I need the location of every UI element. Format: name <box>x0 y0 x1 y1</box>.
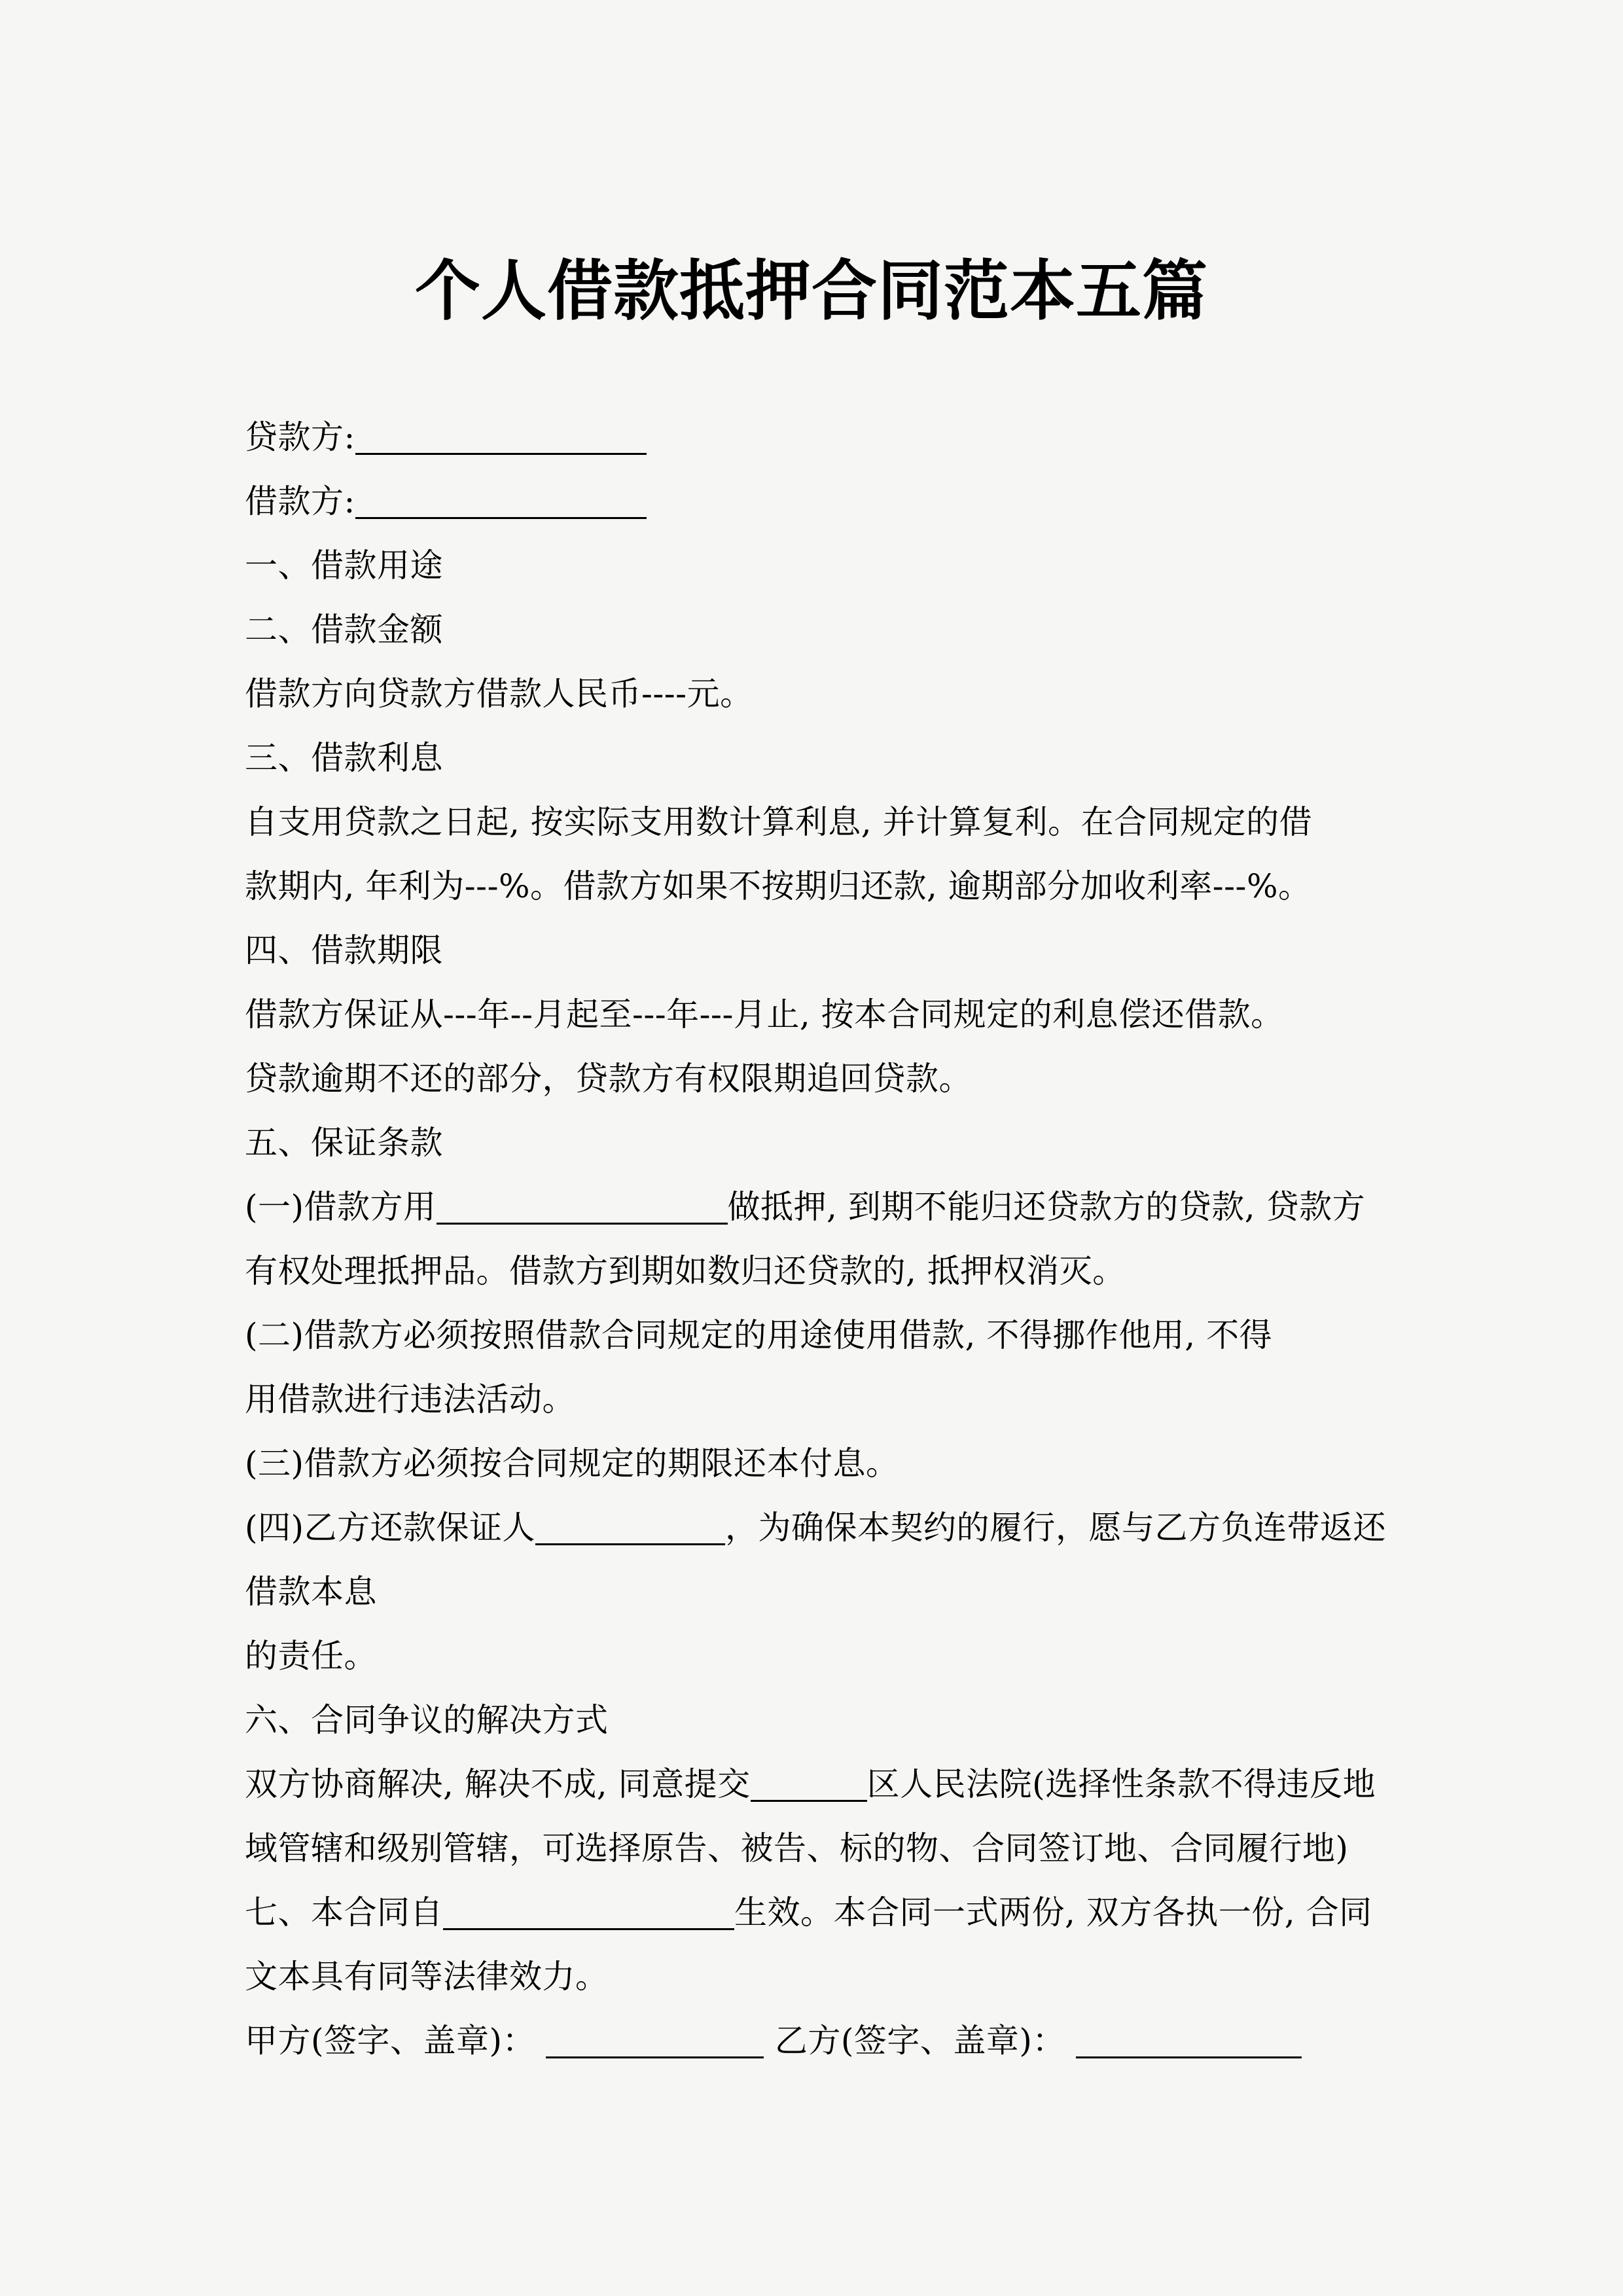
text-run: 借款本息 <box>245 1573 377 1611</box>
document-line: 借款方: <box>245 469 1427 533</box>
document-line: 的责任。 <box>245 1624 1427 1688</box>
fill-in-blank <box>535 1542 725 1545</box>
document-line: 三、借款利息 <box>245 726 1427 790</box>
fill-in-blank <box>355 516 647 519</box>
text-run: 二、借款金额 <box>245 611 443 649</box>
text-run: 借款方: <box>245 482 355 520</box>
text-run: 七、本合同自 <box>245 1893 443 1931</box>
document-line: 七、本合同自生效。本合同一式两份, 双方各执一份, 合同 <box>245 1880 1427 1945</box>
fill-in-blank <box>546 2055 764 2058</box>
text-run: 乙方(签字、盖章)： <box>764 2022 1076 2060</box>
fill-in-blank <box>1076 2055 1302 2058</box>
document-body: 贷款方:借款方:一、借款用途二、借款金额借款方向贷款方借款人民币----元。三、… <box>245 405 1427 2073</box>
document-line: (四)乙方还款保证人，为确保本契约的履行，愿与乙方负连带返还 <box>245 1496 1427 1560</box>
text-run: 文本具有同等法律效力。 <box>245 1958 609 1996</box>
text-run: 的责任。 <box>245 1637 377 1675</box>
text-run: 三、借款利息 <box>245 739 443 777</box>
fill-in-blank <box>751 1799 867 1802</box>
document-line: 借款方向贷款方借款人民币----元。 <box>245 662 1427 726</box>
text-run: 甲方(签字、盖章)： <box>245 2022 546 2060</box>
text-run: 四、借款期限 <box>245 931 443 969</box>
text-run: 自支用贷款之日起, 按实际支用数计算利息, 并计算复利。在合同规定的借 <box>245 803 1312 841</box>
text-run: (三)借款方必须按合同规定的期限还本付息。 <box>245 1444 899 1482</box>
text-run: 款期内, 年利为---%。借款方如果不按期归还款, 逾期部分加收利率---%。 <box>245 867 1311 905</box>
fill-in-blank <box>437 1221 728 1225</box>
text-run: 贷款逾期不还的部分，贷款方有权限期追回贷款。 <box>245 1060 972 1098</box>
text-run: 五、保证条款 <box>245 1124 443 1162</box>
document-line: 五、保证条款 <box>245 1111 1427 1175</box>
text-run: 六、合同争议的解决方式 <box>245 1701 609 1739</box>
document-line: 双方协商解决, 解决不成, 同意提交区人民法院(选择性条款不得违反地 <box>245 1752 1427 1816</box>
document-line: 文本具有同等法律效力。 <box>245 1945 1427 2009</box>
document-line: 有权处理抵押品。借款方到期如数归还贷款的, 抵押权消灭。 <box>245 1239 1427 1303</box>
fill-in-blank <box>443 1927 734 1930</box>
document-line: 自支用贷款之日起, 按实际支用数计算利息, 并计算复利。在合同规定的借 <box>245 790 1427 854</box>
document-line: (二)借款方必须按照借款合同规定的用途使用借款, 不得挪作他用, 不得 <box>245 1303 1427 1367</box>
text-run: 贷款方: <box>245 418 355 456</box>
document-line: 域管辖和级别管辖，可选择原告、被告、标的物、合同签订地、合同履行地) <box>245 1816 1427 1880</box>
document-line: 用借款进行违法活动。 <box>245 1367 1427 1431</box>
document-line: 借款方保证从---年--月起至---年---月止, 按本合同规定的利息偿还借款。 <box>245 982 1427 1047</box>
text-run: 一、借款用途 <box>245 547 443 584</box>
document-page: 个人借款抵押合同范本五篇 贷款方:借款方:一、借款用途二、借款金额借款方向贷款方… <box>0 0 1623 2296</box>
fill-in-blank <box>355 452 647 455</box>
text-run: 双方协商解决, 解决不成, 同意提交 <box>245 1765 751 1803</box>
text-run: 借款方向贷款方借款人民币----元。 <box>245 675 753 713</box>
text-run: 区人民法院(选择性条款不得违反地 <box>867 1765 1376 1803</box>
text-run: 借款方保证从---年--月起至---年---月止, 按本合同规定的利息偿还借款。 <box>245 996 1284 1033</box>
document-line: (三)借款方必须按合同规定的期限还本付息。 <box>245 1431 1427 1496</box>
text-run: (一)借款方用 <box>245 1188 437 1226</box>
document-line: 款期内, 年利为---%。借款方如果不按期归还款, 逾期部分加收利率---%。 <box>245 854 1427 918</box>
document-line: 贷款逾期不还的部分，贷款方有权限期追回贷款。 <box>245 1047 1427 1111</box>
text-run: 做抵押, 到期不能归还贷款方的贷款, 贷款方 <box>728 1188 1366 1226</box>
document-line: 四、借款期限 <box>245 918 1427 982</box>
document-line: 贷款方: <box>245 405 1427 469</box>
document-line: (一)借款方用做抵押, 到期不能归还贷款方的贷款, 贷款方 <box>245 1175 1427 1239</box>
document-line: 二、借款金额 <box>245 598 1427 662</box>
text-run: (二)借款方必须按照借款合同规定的用途使用借款, 不得挪作他用, 不得 <box>245 1316 1272 1354</box>
contract-title: 个人借款抵押合同范本五篇 <box>0 255 1623 327</box>
text-run: 域管辖和级别管辖，可选择原告、被告、标的物、合同签订地、合同履行地) <box>245 1829 1349 1867</box>
document-line: 一、借款用途 <box>245 533 1427 598</box>
document-line: 甲方(签字、盖章)： 乙方(签字、盖章)： <box>245 2009 1427 2073</box>
text-run: 生效。本合同一式两份, 双方各执一份, 合同 <box>734 1893 1372 1931</box>
text-run: (四)乙方还款保证人 <box>245 1509 535 1547</box>
text-run: 用借款进行违法活动。 <box>245 1380 575 1418</box>
document-line: 六、合同争议的解决方式 <box>245 1688 1427 1752</box>
text-run: ，为确保本契约的履行，愿与乙方负连带返还 <box>725 1509 1386 1547</box>
document-line: 借款本息 <box>245 1560 1427 1624</box>
text-run: 有权处理抵押品。借款方到期如数归还贷款的, 抵押权消灭。 <box>245 1252 1126 1290</box>
